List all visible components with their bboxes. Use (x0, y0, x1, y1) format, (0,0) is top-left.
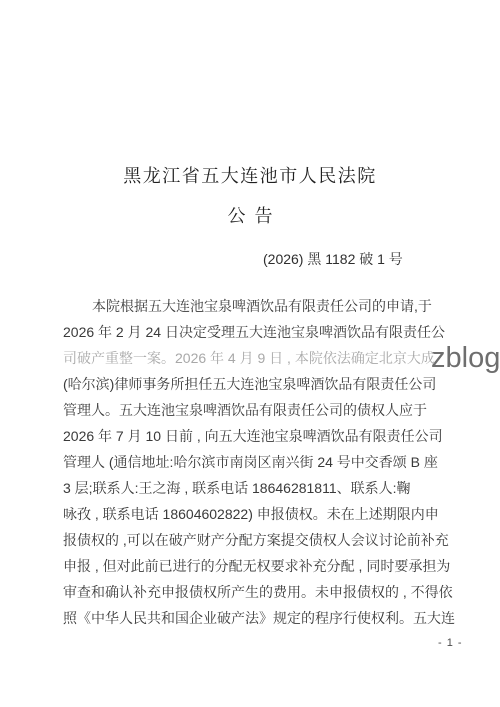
court-announcement-page: 黑龙江省五大连池市人民法院 公告 (2026) 黑 1182 破 1 号 zbl… (0, 0, 500, 707)
body-line-9: 咏孜 , 联系电话 18604602822) 申报债权。未在上述期限内申 (63, 501, 445, 527)
body-line-1: 本院根据五大连池宝泉啤酒饮品有限责任公司的申请,于 (63, 293, 445, 319)
body-line-4: (哈尔滨)律师事务所担任五大连池宝泉啤酒饮品有限责任公司 (63, 371, 445, 397)
body-line-7: 管理人 (通信地址:哈尔滨市南岗区南兴街 24 号中交香颂 B 座 (63, 449, 445, 475)
body-line-10: 报债权的 ,可以在破产财产分配方案提交债权人会议讨论前补充 (63, 527, 445, 553)
doc-type-title: 公告 (0, 202, 500, 228)
case-number: (2026) 黑 1182 破 1 号 (263, 249, 403, 269)
body-line-3: 司破产重整一案。2026 年 4 月 9 日 , 本院依法确定北京大成 (63, 345, 445, 371)
page-number: - 1 - (438, 637, 463, 649)
body-line-5: 管理人。五大连池宝泉啤酒饮品有限责任公司的债权人应于 (63, 397, 445, 423)
body-line-8: 3 层;联系人:王之海 , 联系电话 18646281811、联系人:鞠 (63, 475, 445, 501)
announcement-body: 本院根据五大连池宝泉啤酒饮品有限责任公司的申请,于 2026 年 2 月 24 … (63, 293, 445, 631)
body-line-13: 照《中华人民共和国企业破产法》规定的程序行使权利。五大连 (63, 605, 445, 631)
body-line-12: 审查和确认补充申报债权所产生的费用。未申报债权的 , 不得依 (63, 579, 445, 605)
court-title: 黑龙江省五大连池市人民法院 (0, 162, 500, 188)
body-line-6: 2026 年 7 月 10 日前 , 向五大连池宝泉啤酒饮品有限责任公司 (63, 423, 445, 449)
body-line-11: 申报 , 但对此前已进行的分配无权要求补充分配 , 同时要承担为 (63, 553, 445, 579)
body-line-2: 2026 年 2 月 24 日决定受理五大连池宝泉啤酒饮品有限责任公 (63, 319, 445, 345)
